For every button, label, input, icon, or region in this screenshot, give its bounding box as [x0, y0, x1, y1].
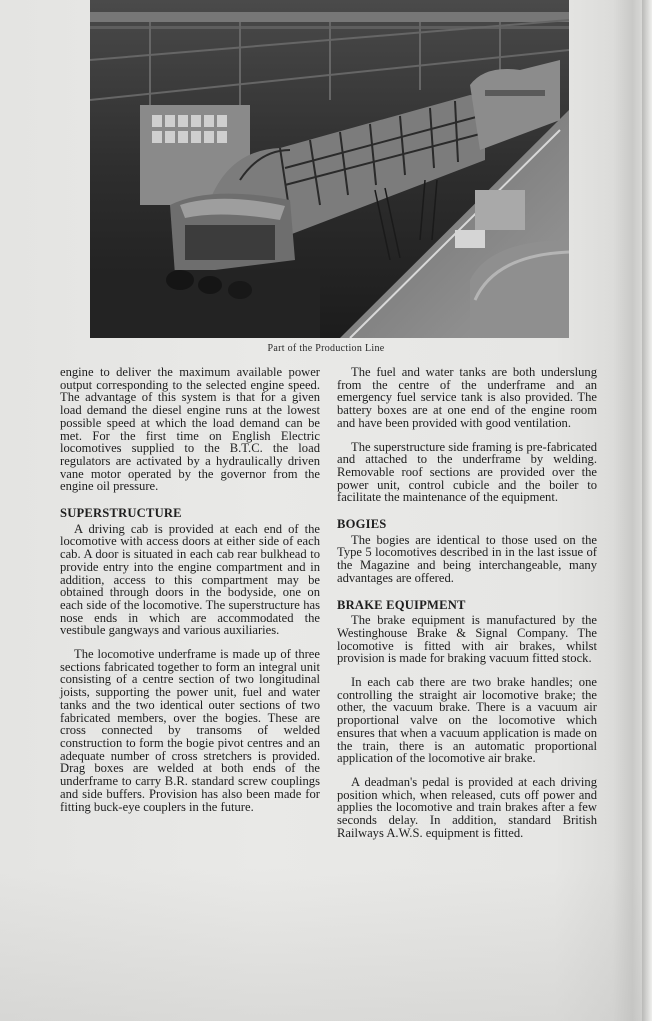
page-edge — [642, 0, 652, 1021]
paragraph-deadman-pedal: A deadman's pedal is provided at each dr… — [337, 776, 597, 840]
heading-superstructure: SUPERSTRUCTURE — [60, 507, 320, 520]
paragraph-driving-cab: A driving cab is provided at each end of… — [60, 523, 320, 637]
paragraph-brake-handles: In each cab there are two brake handles;… — [337, 676, 597, 765]
paragraph-engine-load-regulation: engine to deliver the maximum available … — [60, 366, 320, 493]
paragraph-fuel-tanks: The fuel and water tanks are both unders… — [337, 366, 597, 430]
heading-bogies: BOGIES — [337, 518, 597, 531]
production-line-photo — [90, 0, 569, 338]
paragraph-underframe: The locomotive underframe is made up of … — [60, 648, 320, 813]
paragraph-bogies: The bogies are identical to those used o… — [337, 534, 597, 585]
paragraph-brake-manufacturer: The brake equipment is manufactured by t… — [337, 614, 597, 665]
left-column: engine to deliver the maximum available … — [60, 366, 320, 824]
paragraph-side-framing: The superstructure side framing is pre-f… — [337, 441, 597, 505]
right-column: The fuel and water tanks are both unders… — [337, 366, 597, 851]
heading-brake-equipment: BRAKE EQUIPMENT — [337, 599, 597, 612]
figure-caption: Part of the Production Line — [0, 343, 652, 354]
